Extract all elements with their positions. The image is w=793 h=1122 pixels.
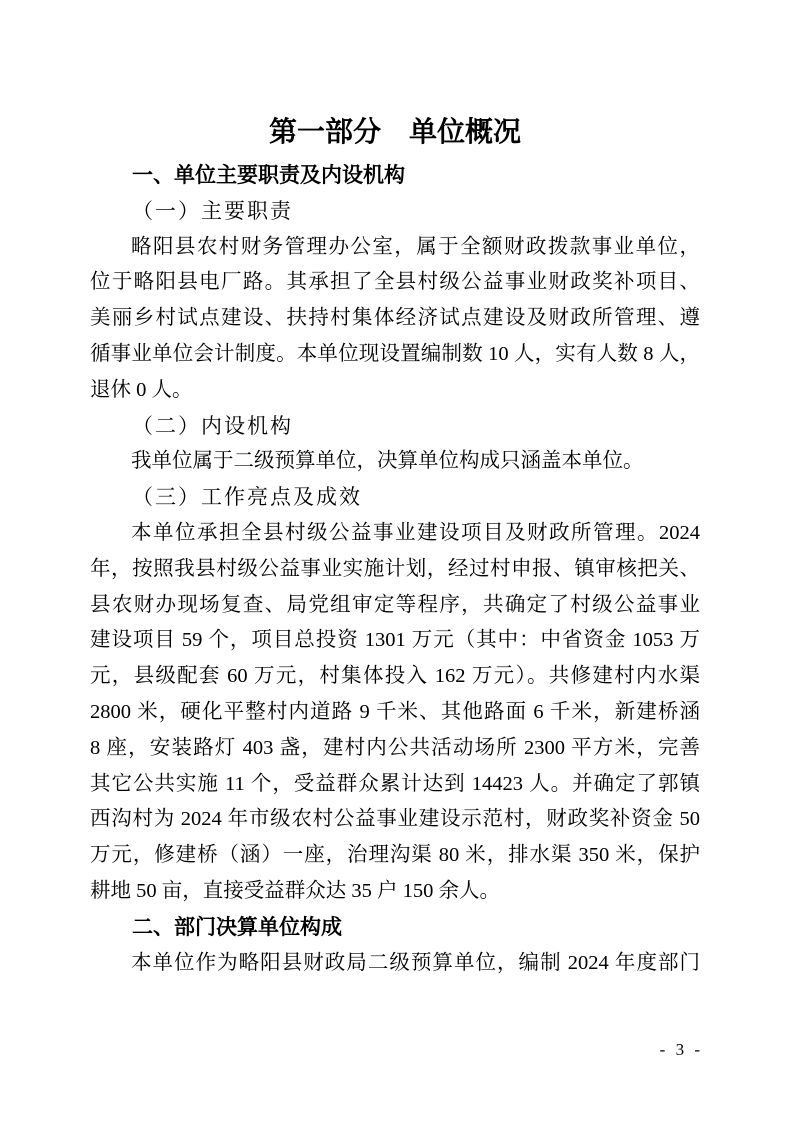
paragraph-line: 元，县级配套 60 万元，村集体投入 162 万元）。共修建村内水渠	[90, 659, 700, 695]
paragraph-line: 2800 米，硬化平整村内道路 9 千米、其他路面 6 千米，新建桥涵	[90, 695, 700, 731]
subsection-heading: （一）主要职责	[90, 194, 700, 230]
subsection-heading: （三）工作亮点及成效	[90, 480, 700, 516]
paragraph-line: 退休 0 人。	[90, 373, 700, 409]
page-number: - 3 -	[660, 1040, 703, 1060]
paragraph-line: 循事业单位会计制度。本单位现设置编制数 10 人，实有人数 8 人，	[90, 337, 700, 373]
paragraph-line: 其它公共实施 11 个，受益群众累计达到 14423 人。并确定了郭镇	[90, 767, 700, 803]
paragraph-line: 建设项目 59 个，项目总投资 1301 万元（其中：中省资金 1053 万	[90, 623, 700, 659]
paragraph-line: 美丽乡村试点建设、扶持村集体经济试点建设及财政所管理、遵	[90, 301, 700, 337]
document-title: 第一部分 单位概况	[90, 108, 700, 158]
paragraph-line: 略阳县农村财务管理办公室，属于全额财政拨款事业单位，	[90, 230, 700, 266]
paragraph-line: 本单位承担全县村级公益事业建设项目及财政所管理。2024	[90, 516, 700, 552]
subsection-heading: （二）内设机构	[90, 409, 700, 445]
paragraph-line: 万元，修建桥（涵）一座，治理沟渠 80 米，排水渠 350 米，保护	[90, 838, 700, 874]
paragraph-line: 西沟村为 2024 年市级农村公益事业建设示范村，财政奖补资金 50	[90, 802, 700, 838]
paragraph-line: 位于略阳县电厂路。其承担了全县村级公益事业财政奖补项目、	[90, 265, 700, 301]
document-page: 第一部分 单位概况 一、单位主要职责及内设机构 （一）主要职责 略阳县农村财务管…	[0, 0, 793, 1122]
paragraph-line: 耕地 50 亩，直接受益群众达 35 户 150 余人。	[90, 874, 700, 910]
paragraph-line: 县农财办现场复查、局党组审定等程序，共确定了村级公益事业	[90, 588, 700, 624]
section-heading-2: 二、部门决算单位构成	[90, 910, 700, 946]
paragraph-line: 年，按照我县村级公益事业实施计划，经过村申报、镇审核把关、	[90, 552, 700, 588]
paragraph-line: 本单位作为略阳县财政局二级预算单位，编制 2024 年度部门	[90, 946, 700, 982]
section-heading-1: 一、单位主要职责及内设机构	[90, 158, 700, 194]
paragraph-line: 我单位属于二级预算单位，决算单位构成只涵盖本单位。	[90, 444, 700, 480]
document-body: 第一部分 单位概况 一、单位主要职责及内设机构 （一）主要职责 略阳县农村财务管…	[90, 0, 700, 981]
paragraph-line: 8 座，安装路灯 403 盏，建村内公共活动场所 2300 平方米，完善	[90, 731, 700, 767]
